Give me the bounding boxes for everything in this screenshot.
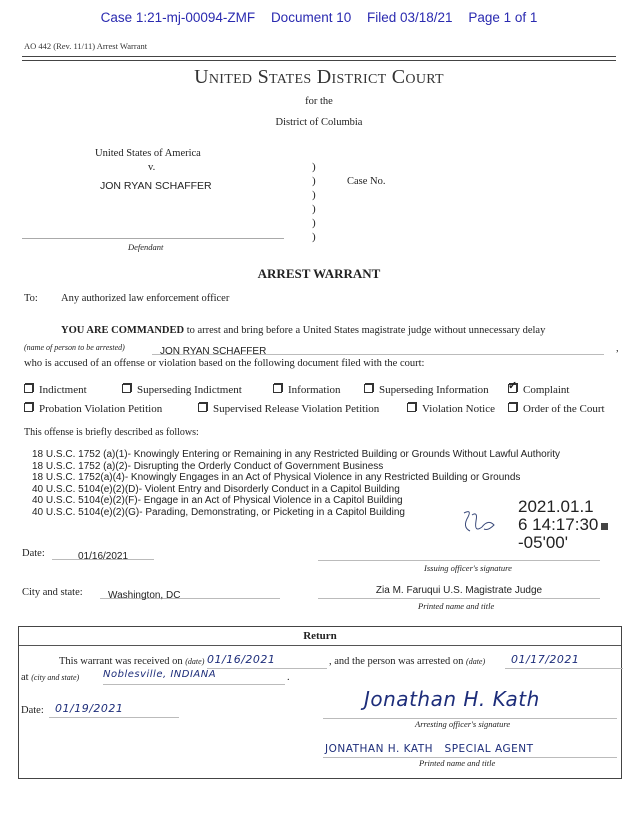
printed-name-label: Printed name and title	[418, 601, 494, 611]
issuing-signature-label: Issuing officer's signature	[424, 563, 512, 573]
checkbox-complaint[interactable]: Complaint	[508, 384, 569, 396]
judge-printed-name: Zia M. Faruqui U.S. Magistrate Judge	[318, 585, 600, 599]
accused-text: who is accused of an offense or violatio…	[24, 358, 424, 369]
return-date-field: 01/19/2021	[49, 702, 179, 718]
caption-parens: ))) )))	[312, 160, 316, 244]
arrested-text: , and the person was arrested on (date)	[329, 656, 485, 667]
checkbox-supervised-release-violation-petition[interactable]: Supervised Release Violation Petition	[198, 403, 379, 415]
arrested-date-field: 01/17/2021	[505, 653, 623, 669]
judge-signature-scribble	[458, 505, 500, 539]
court-title: United States District Court	[0, 66, 638, 89]
document-number: Document 10	[271, 10, 351, 25]
commanded-text: YOU ARE COMMANDED to arrest and bring be…	[61, 325, 545, 336]
officer-printed-name: JONATHAN H. KATH SPECIAL AGENT	[325, 743, 534, 755]
offense-line: 40 U.S.C. 5104(e)(2)(D)- Violent Entry a…	[32, 484, 560, 496]
ecf-filing-header: Case 1:21-mj-00094-ZMF Document 10 Filed…	[0, 10, 638, 25]
city-state-label: City and state:	[22, 587, 83, 598]
issuing-signature-line	[318, 560, 600, 561]
arrest-city-field: Noblesville, INDIANA	[103, 669, 285, 685]
district: District of Columbia	[0, 117, 638, 128]
received-date-field: 01/16/2021	[207, 653, 327, 669]
to-label: To:	[24, 293, 38, 304]
warrant-title: ARREST WARRANT	[0, 266, 638, 282]
city-state-field: Washington, DC	[100, 585, 280, 599]
checkbox-superseding-indictment[interactable]: Superseding Indictment	[122, 384, 242, 396]
checkbox-probation-violation-petition[interactable]: Probation Violation Petition	[24, 403, 162, 415]
officer-printed-label: Printed name and title	[419, 758, 495, 768]
checkbox-superseding-information[interactable]: Superseding Information	[364, 384, 489, 396]
issue-date-label: Date:	[22, 548, 45, 559]
offense-line: 18 U.S.C. 1752 (a)(1)- Knowingly Enterin…	[32, 449, 560, 461]
plaintiff: United States of America	[95, 148, 201, 159]
checkbox-violation-notice[interactable]: Violation Notice	[407, 403, 495, 415]
officer-signature: Jonathan H. Kath	[364, 687, 540, 711]
checkbox-indictment[interactable]: Indictment	[24, 384, 87, 396]
defendant-line	[22, 238, 284, 239]
to-value: Any authorized law enforcement officer	[61, 293, 229, 304]
digital-signature-stamp: 2021.01.1 6 14:17:30 -05'00'	[518, 498, 608, 552]
versus: v.	[148, 162, 155, 173]
issue-date-field: 01/16/2021	[52, 546, 154, 560]
return-title: Return	[19, 627, 621, 646]
case-number: Case 1:21-mj-00094-ZMF	[101, 10, 256, 25]
return-date-label: Date:	[21, 705, 44, 716]
form-id: AO 442 (Rev. 11/11) Arrest Warrant	[24, 41, 147, 51]
offense-line: 18 U.S.C. 1752 (a)(2)- Disrupting the Or…	[32, 461, 560, 473]
checkbox-information[interactable]: Information	[273, 384, 341, 396]
name-field: JON RYAN SCHAFFER	[152, 341, 604, 355]
officer-signature-label: Arresting officer's signature	[415, 719, 510, 729]
page-count: Page 1 of 1	[468, 10, 537, 25]
offense-line: 18 U.S.C. 1752(a)(4)- Knowingly Engages …	[32, 472, 560, 484]
at-label: at (city and state)	[21, 672, 79, 683]
received-text: This warrant was received on (date)	[59, 656, 204, 667]
offense-intro: This offense is briefly described as fol…	[24, 427, 199, 438]
defendant-label: Defendant	[128, 242, 163, 252]
checkbox-order-of-the-court[interactable]: Order of the Court	[508, 403, 605, 415]
header-rule	[22, 56, 616, 61]
return-section: Return This warrant was received on (dat…	[18, 626, 622, 779]
case-no-label: Case No.	[347, 176, 386, 187]
filed-date: Filed 03/18/21	[367, 10, 453, 25]
for-the: for the	[0, 96, 638, 107]
defendant-name: JON RYAN SCHAFFER	[100, 180, 212, 192]
name-label: (name of person to be arrested)	[24, 343, 125, 352]
